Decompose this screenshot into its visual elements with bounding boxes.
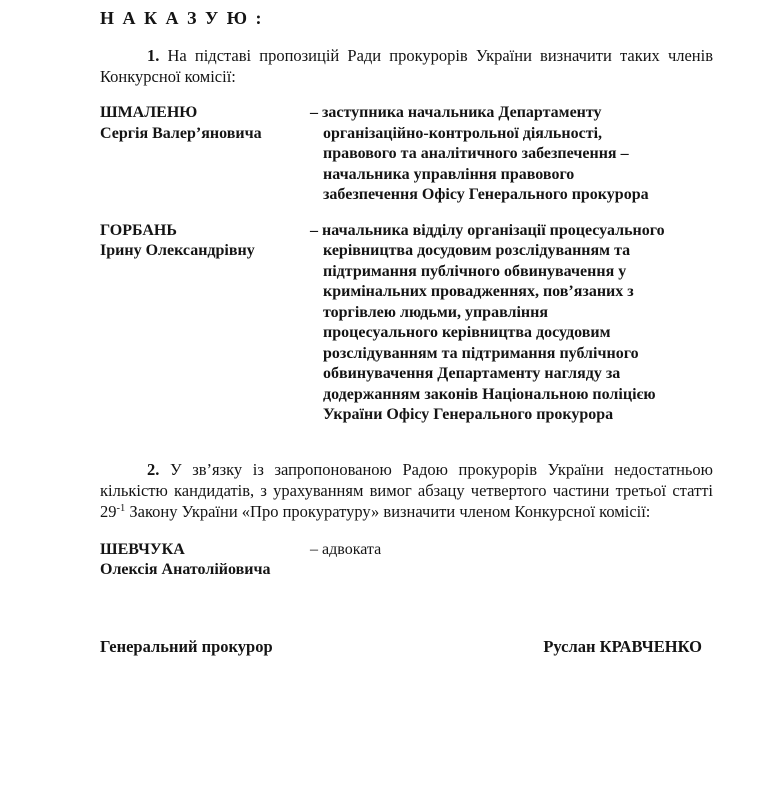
appointment-entry-gorban: ГОРБАНЬ Ірину Олександрівну – начальника… [100,221,713,426]
dash-separator: – [310,104,318,121]
appointee-surname: ГОРБАНЬ [100,221,310,242]
appointee-position-text: заступника начальника Департаменту орган… [322,104,649,203]
appointee-position: – адвоката [310,540,666,581]
paragraph-1-number: 1. [147,46,159,65]
appointment-entry-shevchuk: ШЕВЧУКА Олексія Анатолійовича – адвоката [100,540,713,581]
appointee-name-block: ШЕВЧУКА Олексія Анатолійовича [100,540,310,581]
appointee-surname: ШМАЛЕНЮ [100,103,310,124]
appointee-name-block: ГОРБАНЬ Ірину Олександрівну [100,221,310,426]
article-superscript: -1 [117,503,126,514]
document-page: Н А К А З У Ю : 1. На підставі пропозиці… [0,0,774,800]
appointee-position-text: адвоката [322,541,381,558]
appointee-given-names: Ірину Олександрівну [100,241,310,262]
appointee-given-names: Олексія Анатолійовича [100,560,310,581]
appointee-position: – начальника відділу організації процесу… [310,221,666,426]
dash-separator: – [310,541,318,558]
appointee-position: – заступника начальника Департаменту орг… [310,103,666,206]
appointee-name-block: ШМАЛЕНЮ Сергія Валер’яновича [100,103,310,206]
signer-title: Генеральний прокурор [100,636,273,657]
paragraph-1: 1. На підставі пропозицій Ради прокурорі… [100,45,713,87]
appointee-position-text: начальника відділу організації процесуал… [322,222,665,424]
paragraph-2-text-after: Закону України «Про прокуратуру» визначи… [125,502,650,521]
paragraph-2: 2. У зв’язку із запропонованою Радою про… [100,459,713,522]
paragraph-1-text: На підставі пропозицій Ради прокурорів У… [100,46,713,86]
appointee-given-names: Сергія Валер’яновича [100,124,310,145]
document-content: Н А К А З У Ю : 1. На підставі пропозиці… [100,0,713,657]
appointee-surname: ШЕВЧУКА [100,540,310,561]
order-heading: Н А К А З У Ю : [100,7,713,29]
paragraph-2-number: 2. [147,460,159,479]
signature-row: Генеральний прокурор Руслан КРАВЧЕНКО [100,636,713,657]
dash-separator: – [310,222,318,239]
appointment-entry-shmalenyu: ШМАЛЕНЮ Сергія Валер’яновича – заступник… [100,103,713,206]
signer-name: Руслан КРАВЧЕНКО [543,636,702,657]
